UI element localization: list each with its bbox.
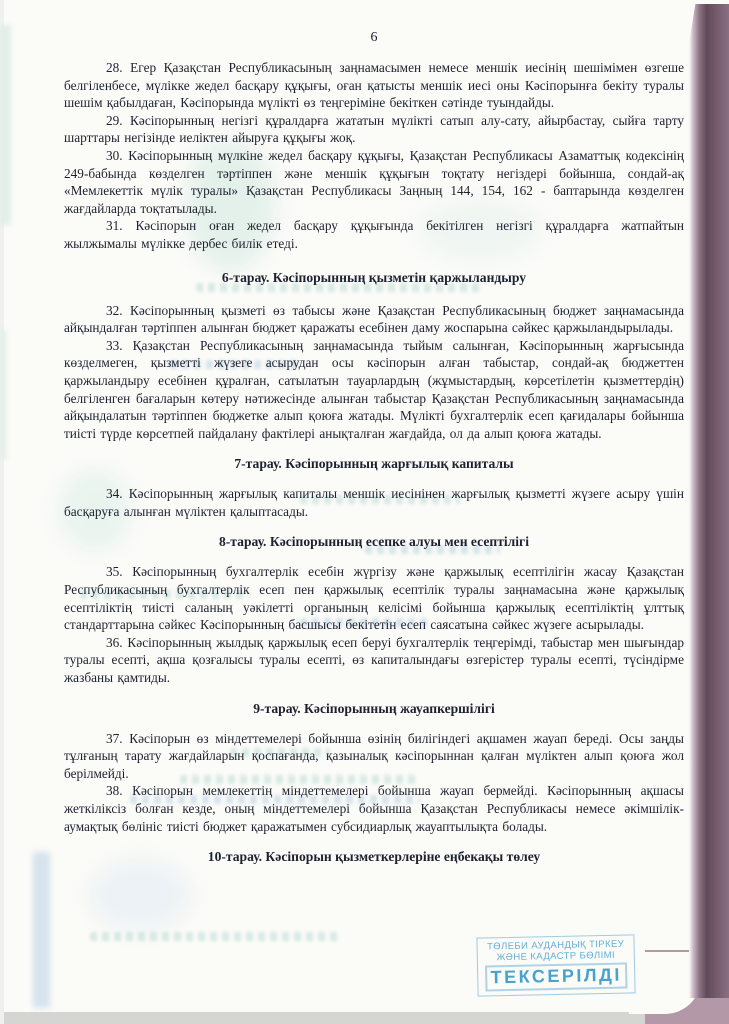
stamp-office-line: ЖӘНЕ КАДАСТР БӨЛІМІ xyxy=(481,949,631,963)
paragraph-35: 35. Кәсіпорынның бухгалтерлік есебін жүр… xyxy=(64,563,684,633)
left-blue-band xyxy=(33,852,50,1008)
left-edge-tint xyxy=(0,330,7,460)
paragraph-31: 31. Кәсіпорын оған жедел басқару құқығын… xyxy=(64,217,684,252)
paragraph-32: 32. Кәсіпорынның қызметі өз табысы және … xyxy=(64,302,684,337)
chapter-heading-6: 6-тарау. Кәсіпорынның қызметін қаржыланд… xyxy=(64,269,684,287)
chapter-heading-7: 7-тарау. Кәсіпорынның жарғылық капиталы xyxy=(64,455,684,473)
left-edge-tint xyxy=(1,25,11,225)
paragraph-34: 34. Кәсіпорынның жарғылық капиталы менші… xyxy=(64,485,684,520)
paragraph-28: 28. Егер Қазақстан Республикасының заңна… xyxy=(64,59,684,112)
paragraph-36: 36. Кәсіпорынның жылдық қаржылық есеп бе… xyxy=(64,634,684,687)
paragraph-37: 37. Кәсіпорын өз міндеттемелері бойынша … xyxy=(64,730,684,783)
chapter-heading-9: 9-тарау. Кәсіпорынның жауапкершілігі xyxy=(64,700,684,718)
page-number: 6 xyxy=(64,0,684,46)
paragraph-30: 30. Кәсіпорынның мүлкіне жедел басқару қ… xyxy=(64,147,684,217)
paragraph-38: 38. Кәсіпорын мемлекеттің міндеттемелері… xyxy=(64,782,684,835)
document-text-area: 6 28. Егер Қазақстан Республикасының заң… xyxy=(64,0,684,878)
chapter-heading-8: 8-тарау. Кәсіпорынның есепке алуы мен ес… xyxy=(64,533,684,551)
paragraph-33: 33. Қазақстан Республикасының заңнамасын… xyxy=(64,337,684,443)
bottom-scan-band xyxy=(0,1012,729,1024)
chapter-heading-10: 10-тарау. Кәсіпорын қызметкерлеріне еңбе… xyxy=(64,848,684,866)
verification-stamp: ТӨЛЕБИ АУДАНДЫҚ ТІРКЕУ ЖӘНЕ КАДАСТР БӨЛІ… xyxy=(476,934,635,996)
scanned-document-page: ТӨЛЕБИ АУДАНДЫҚ ТІРКЕУ ЖӘНЕ КАДАСТР БӨЛІ… xyxy=(0,0,729,1024)
stamp-verified-label: ТЕКСЕРІЛДІ xyxy=(485,963,627,992)
binding-edge-strip xyxy=(689,4,729,998)
paragraph-29: 29. Кәсіпорынның негізгі құралдарға жата… xyxy=(64,112,684,147)
ghost-bleed-through xyxy=(90,932,340,941)
